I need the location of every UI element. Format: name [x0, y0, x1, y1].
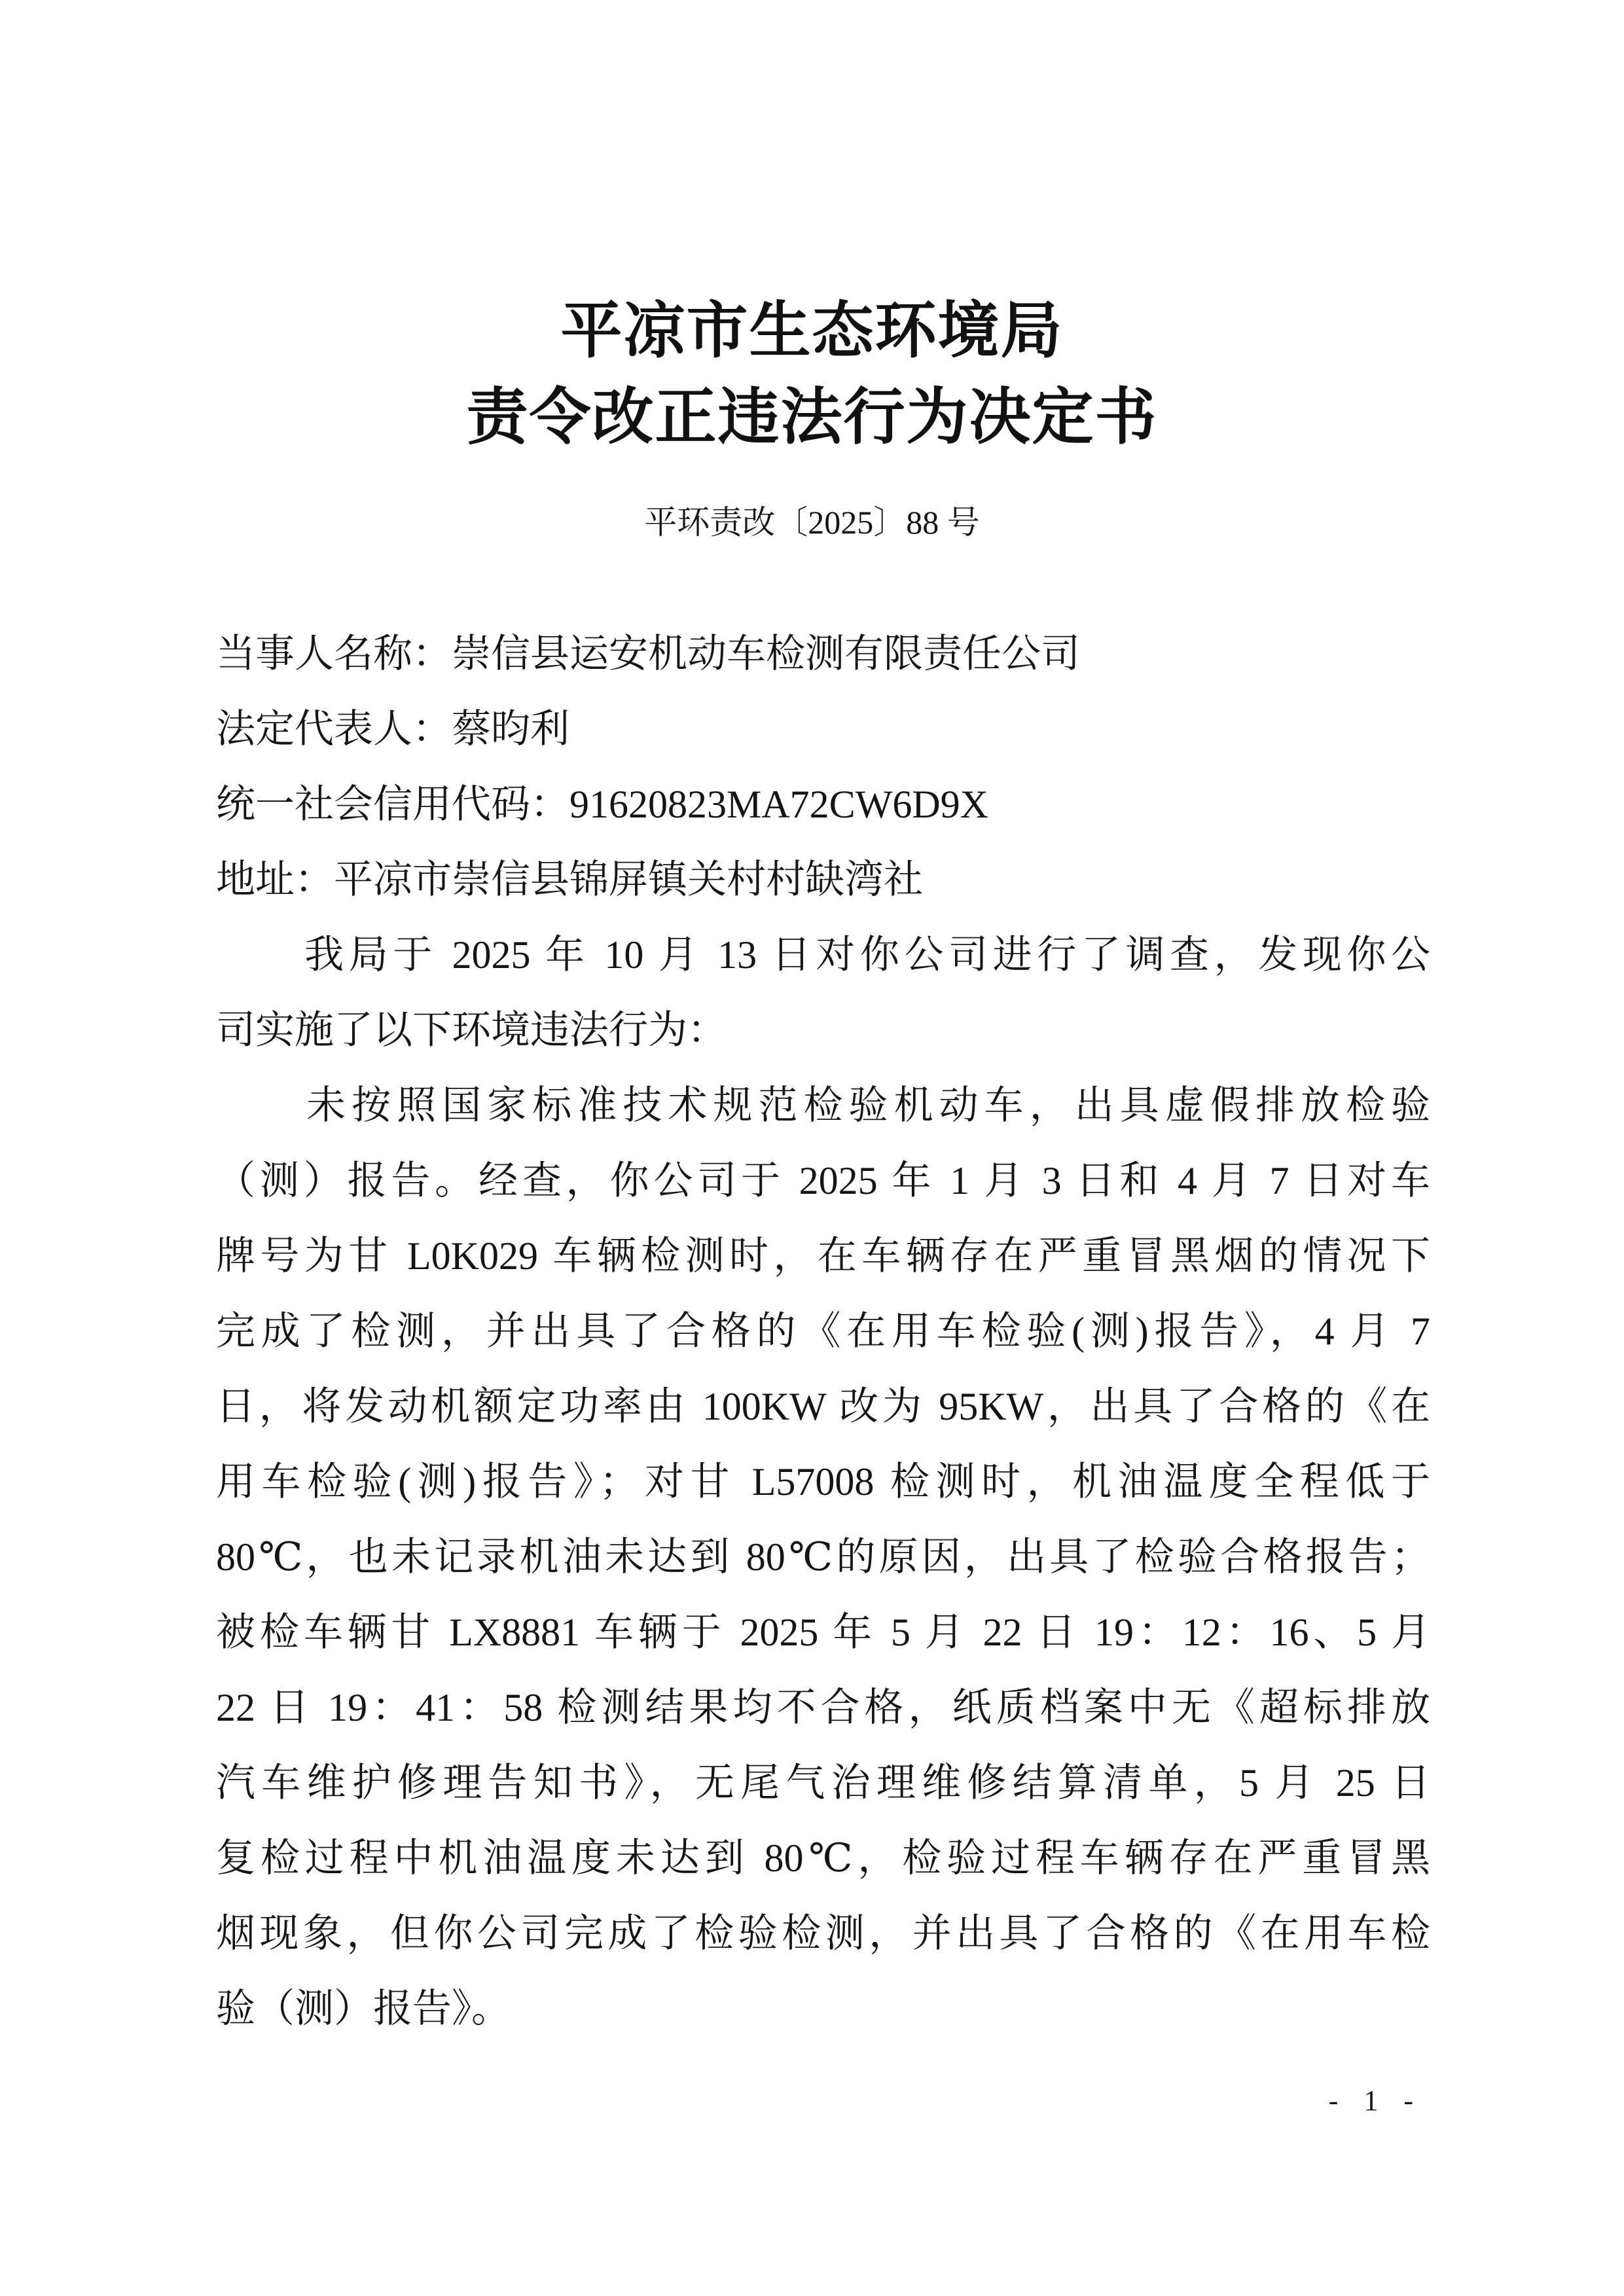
body-line: 80℃，也未记录机油未达到 80℃的原因，出具了检验合格报告；: [216, 1520, 1430, 1595]
body-line: 日，将发动机额定功率由 100KW 改为 95KW，出具了合格的《在: [216, 1369, 1430, 1444]
document-title-line1: 平凉市生态环境局: [0, 288, 1624, 374]
body-line: 汽车维护修理告知书》，无尾气治理维修结算清单，5 月 25 日: [216, 1746, 1430, 1821]
body-line: 法定代表人：蔡昀利: [216, 692, 1430, 767]
body-line: 司实施了以下环境违法行为：: [216, 993, 1430, 1068]
body-line: 完成了检测，并出具了合格的《在用车检验(测)报告》，4 月 7: [216, 1294, 1430, 1369]
body-line: 统一社会信用代码：91620823MA72CW6D9X: [216, 767, 1430, 842]
body-line: （测）报告。经查，你公司于 2025 年 1 月 3 日和 4 月 7 日对车: [216, 1143, 1430, 1219]
document-number: 平环责改〔2025〕88 号: [0, 503, 1624, 542]
body-line: 我局于 2025 年 10 月 13 日对你公司进行了调查，发现你公: [216, 918, 1430, 993]
document-title: 平凉市生态环境局 责令改正违法行为决定书: [0, 288, 1624, 461]
document-body: 当事人名称：崇信县运安机动车检测有限责任公司 法定代表人：蔡昀利 统一社会信用代…: [216, 617, 1430, 2047]
body-line: 当事人名称：崇信县运安机动车检测有限责任公司: [216, 617, 1430, 692]
body-line: 地址：平凉市崇信县锦屏镇关村村缺湾社: [216, 842, 1430, 918]
document-title-line2: 责令改正违法行为决定书: [0, 374, 1624, 461]
body-line: 验（测）报告》。: [216, 1971, 1430, 2047]
body-line: 烟现象，但你公司完成了检验检测，并出具了合格的《在用车检: [216, 1896, 1430, 1971]
body-line: 22 日 19：41：58 检测结果均不合格，纸质档案中无《超标排放: [216, 1670, 1430, 1746]
page-number: - 1 -: [1329, 2085, 1422, 2117]
document-page: 平凉市生态环境局 责令改正违法行为决定书 平环责改〔2025〕88 号 当事人名…: [0, 0, 1624, 2296]
body-line: 复检过程中机油温度未达到 80℃，检验过程车辆存在严重冒黑: [216, 1821, 1430, 1896]
body-line: 用车检验(测)报告》；对甘 L57008 检测时，机油温度全程低于: [216, 1444, 1430, 1520]
body-line: 被检车辆甘 LX8881 车辆于 2025 年 5 月 22 日 19：12：1…: [216, 1595, 1430, 1670]
body-line: 牌号为甘 L0K029 车辆检测时，在车辆存在严重冒黑烟的情况下: [216, 1219, 1430, 1294]
body-line: 未按照国家标准技术规范检验机动车，出具虚假排放检验: [216, 1068, 1430, 1143]
